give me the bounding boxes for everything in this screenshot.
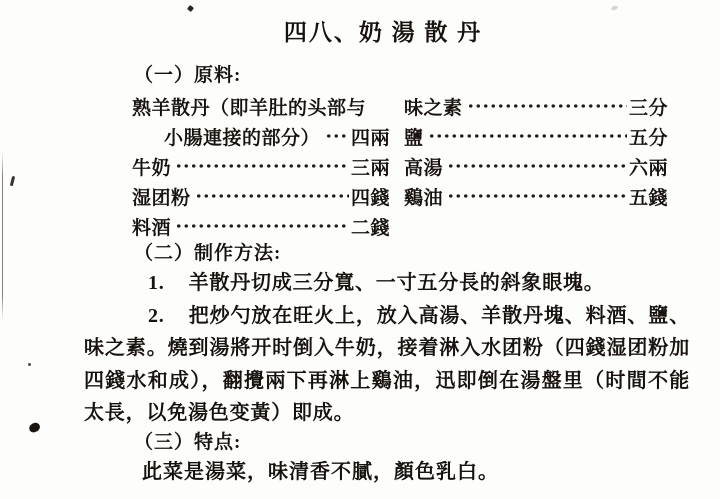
step-number: 2. [148,305,165,327]
step-number: 1. [148,272,165,294]
dot-leader [426,121,627,151]
ingredient-amount: 二錢 [351,213,390,240]
ingredient-amount: 六兩 [629,153,668,180]
ingredient-amount: 五分 [629,123,668,150]
ingredient-name: 牛奶 [132,153,171,180]
ingredients-column-right: 味之素 三分 鹽 五分 高湯 六兩 鷄油 五錢 [404,91,668,241]
dot-leader [173,151,349,181]
ingredient-name: 味之素 [404,93,463,120]
ingredient-row: 熟羊散丹（即羊肚的头部与 [132,91,390,121]
ingredient-row-continuation: 小腸連接的部分） 四兩 [132,121,390,151]
ingredients-column-left: 熟羊散丹（即羊肚的头部与 小腸連接的部分） 四兩 牛奶 三兩 湿团粉 四錢 [132,91,390,241]
ingredient-amount: 五錢 [629,183,668,210]
ingredient-amount: 四錢 [351,183,390,210]
ingredient-name: 鷄油 [404,183,443,210]
step-text: 把炒勺放在旺火上，放入高湯、羊散丹塊、料酒、鹽、味之素。燒到湯將开时倒入牛奶，接… [84,305,690,425]
page-body: （一）原料: 熟羊散丹（即羊肚的头部与 小腸連接的部分） 四兩 牛奶 三兩 [0,63,720,488]
ingredient-name: 高湯 [404,153,443,180]
ingredient-name: 熟羊散丹（即羊肚的头部与 [132,93,366,120]
dot-leader [445,151,627,181]
ingredients-list: 熟羊散丹（即羊肚的头部与 小腸連接的部分） 四兩 牛奶 三兩 湿团粉 四錢 [84,91,690,241]
step-text: 羊散丹切成三分寬、一寸五分長的斜象眼塊。 [189,272,605,294]
ingredient-row: 高湯 六兩 [404,151,668,181]
ingredient-row: 鷄油 五錢 [404,181,668,211]
dot-leader [173,211,349,241]
ingredient-name: 小腸連接的部分） [132,123,320,150]
ingredient-amount: 三兩 [351,153,390,180]
section-heading-ingredients: （一）原料: [84,63,690,89]
dot-leader [445,181,627,211]
step-paragraph-1: 1.羊散丹切成三分寬、一寸五分長的斜象眼塊。 [84,267,690,300]
section-heading-method: （二）制作方法: [84,241,690,267]
ingredient-name: 料酒 [132,213,171,240]
ingredient-row: 湿团粉 四錢 [132,181,390,211]
scanned-recipe-page: 四八、奶 湯 散 丹 （一）原料: 熟羊散丹（即羊肚的头部与 小腸連接的部分） … [0,0,720,499]
dot-leader [465,91,627,121]
section-heading-features: （三）特点: [84,430,690,456]
ingredient-amount: 四兩 [351,123,390,150]
ingredient-row: 味之素 三分 [404,91,668,121]
ingredient-row: 料酒 二錢 [132,211,390,241]
features-text: 此菜是湯菜，味清香不膩，顏色乳白。 [84,456,690,488]
ingredient-name: 湿团粉 [132,183,191,210]
ingredient-row: 鹽 五分 [404,121,668,151]
dot-leader [323,121,349,151]
ingredient-amount: 三分 [629,93,668,120]
dot-leader [193,181,349,211]
step-paragraph-2: 2.把炒勺放在旺火上，放入高湯、羊散丹塊、料酒、鹽、味之素。燒到湯將开时倒入牛奶… [84,300,690,430]
ingredient-row: 牛奶 三兩 [132,151,390,181]
recipe-title: 四八、奶 湯 散 丹 [0,0,720,47]
ingredient-name: 鹽 [404,123,424,150]
